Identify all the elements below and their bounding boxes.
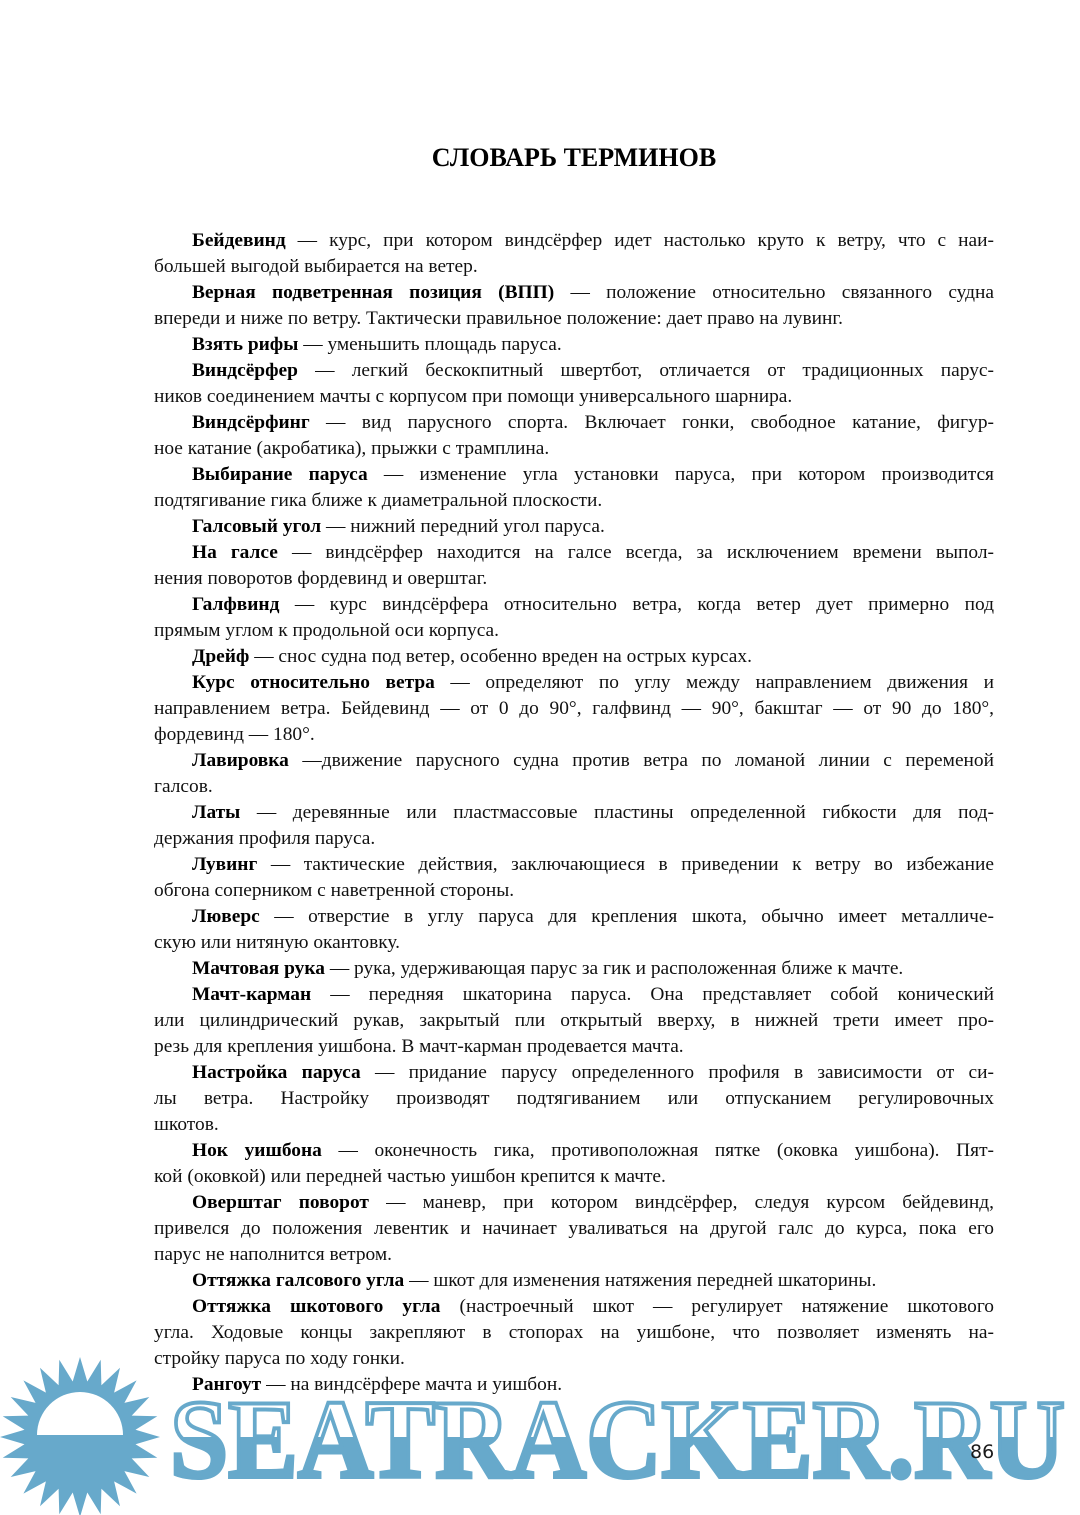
glossary-definition: стройку паруса по ходу гонки. [154,1348,405,1369]
glossary-definition: — вид парусного спорта. Включает гонки, … [326,412,994,433]
glossary-entry: Курс относительно ветра — определяют по … [154,670,994,748]
page-number: 86 [970,1440,994,1464]
glossary-entry: На галсе — виндсёрфер находится на галсе… [154,540,994,592]
glossary-list: Бейдевинд — курс, при котором виндсёрфер… [154,228,994,1398]
glossary-term: Дрейф [192,646,249,667]
glossary-entry: Галфвинд — курс виндсёрфера относительно… [154,592,994,644]
glossary-entry: Оттяжка галсового угла — шкот для измене… [154,1268,994,1294]
glossary-definition: шкотов. [154,1114,219,1135]
glossary-entry: Дрейф — снос судна под ветер, особенно в… [154,644,994,670]
glossary-definition: — курс виндсёрфера относительно ветра, к… [295,594,994,615]
glossary-definition: — тактические действия, заключающиеся в … [271,854,994,875]
glossary-entry: Взять рифы — уменьшить площадь паруса. [154,332,994,358]
glossary-definition: — шкот для изменения натяжения передней … [409,1270,876,1291]
glossary-definition: обгона соперником с наветренной стороны. [154,880,514,901]
glossary-entry: Оттяжка шкотового угла (настроечный шкот… [154,1294,994,1372]
glossary-definition: или цилиндрический рукав, закрытый пли о… [154,1010,994,1031]
glossary-term: Виндсёрфинг [192,412,310,433]
glossary-term: Выбирание паруса [192,464,368,485]
glossary-definition: фордевинд — 180°. [154,724,315,745]
glossary-definition: — определяют по углу между направлением … [450,672,994,693]
glossary-term: Бейдевинд [192,230,286,251]
glossary-entry: Виндсёрфинг — вид парусного спорта. Вклю… [154,410,994,462]
glossary-definition: — курс, при котором виндсёрфер идет наст… [298,230,994,251]
glossary-definition: — маневр, при котором виндсёрфер, следуя… [386,1192,994,1213]
glossary-definition: резь для крепления уишбона. В мачт-карма… [154,1036,684,1057]
glossary-definition: лы ветра. Настройку производят подтягива… [154,1088,994,1109]
glossary-definition: — передняя шкаторина паруса. Она предста… [330,984,994,1005]
glossary-definition: впереди и ниже по ветру. Тактически прав… [154,308,843,329]
glossary-definition: — виндсёрфер находится на галсе всегда, … [292,542,994,563]
glossary-definition: парус не наполнится ветром. [154,1244,392,1265]
glossary-definition: — придание парусу определенного профиля … [375,1062,994,1083]
glossary-entry: Латы — деревянные или пластмассовые плас… [154,800,994,852]
glossary-definition: — рука, удерживающая парус за гик и расп… [330,958,903,979]
glossary-entry: Галсовый угол — нижний передний угол пар… [154,514,994,540]
sun-logo-icon [0,1357,160,1515]
glossary-term: Взять рифы [192,334,298,355]
glossary-term: На галсе [192,542,278,563]
glossary-definition: ное катание (акробатика), прыжки с трамп… [154,438,549,459]
glossary-definition: кой (оковкой) или передней частью уишбон… [154,1166,666,1187]
glossary-term: Галфвинд [192,594,279,615]
glossary-definition: держания профиля паруса. [154,828,375,849]
glossary-definition: — на виндсёрфере мачта и уишбон. [266,1374,562,1395]
glossary-definition: привелся до положения левентик и начинае… [154,1218,994,1239]
glossary-entry: Лавировка —движение парусного судна прот… [154,748,994,800]
glossary-definition: —движение парусного судна против ветра п… [302,750,994,771]
glossary-term: Курс относительно ветра [192,672,435,693]
glossary-term: Лувинг [192,854,257,875]
glossary-definition: — положение относительно связанного судн… [570,282,994,303]
glossary-term: Виндсёрфер [192,360,298,381]
glossary-term: Лавировка [192,750,289,771]
glossary-term: Мачтовая рука [192,958,325,979]
glossary-definition: (настроечный шкот — регулирует натяжение… [460,1296,994,1317]
glossary-entry: Рангоут — на виндсёрфере мачта и уишбон. [154,1372,994,1398]
glossary-definition: скую или нитяную окантовку. [154,932,400,953]
glossary-entry: Настройка паруса — придание парусу опред… [154,1060,994,1138]
glossary-definition: — деревянные или пластмассовые пластины … [257,802,994,823]
glossary-entry: Оверштаг поворот — маневр, при котором в… [154,1190,994,1268]
glossary-term: Мачт-карман [192,984,311,1005]
glossary-definition: — нижний передний угол паруса. [326,516,605,537]
glossary-definition: направлением ветра. Бейдевинд — от 0 до … [154,698,994,719]
glossary-term: Галсовый угол [192,516,321,537]
glossary-entry: Нок уишбона — оконечность гика, противоп… [154,1138,994,1190]
glossary-definition: прямым углом к продольной оси корпуса. [154,620,499,641]
glossary-definition: — легкий бескокпитный швертбот, отличает… [315,360,994,381]
glossary-entry: Мачтовая рука — рука, удерживающая парус… [154,956,994,982]
glossary-entry: Верная подветренная позиция (ВПП) — поло… [154,280,994,332]
glossary-entry: Лувинг — тактические действия, заключающ… [154,852,994,904]
glossary-term: Нок уишбона [192,1140,322,1161]
glossary-term: Люверс [192,906,260,927]
glossary-entry: Бейдевинд — курс, при котором виндсёрфер… [154,228,994,280]
glossary-definition: галсов. [154,776,213,797]
glossary-entry: Люверс — отверстие в углу паруса для кре… [154,904,994,956]
glossary-definition: нения поворотов фордевинд и оверштаг. [154,568,487,589]
glossary-definition: — оконечность гика, противоположная пятк… [338,1140,994,1161]
glossary-definition: — уменьшить площадь паруса. [303,334,562,355]
glossary-term: Латы [192,802,240,823]
glossary-term: Оттяжка шкотового угла [192,1296,440,1317]
glossary-definition: — изменение угла установки паруса, при к… [384,464,994,485]
glossary-term: Верная подветренная позиция (ВПП) [192,282,554,303]
glossary-term: Настройка паруса [192,1062,361,1083]
glossary-definition: угла. Ходовые концы закрепляют в стопора… [154,1322,994,1343]
page-title: СЛОВАРЬ ТЕРМИНОВ [154,142,994,174]
document-page: СЛОВАРЬ ТЕРМИНОВ Бейдевинд — курс, при к… [0,0,1080,1515]
glossary-term: Оттяжка галсового угла [192,1270,404,1291]
glossary-entry: Мачт-карман — передняя шкаторина паруса.… [154,982,994,1060]
glossary-entry: Выбирание паруса — изменение угла устано… [154,462,994,514]
glossary-definition: — отверстие в углу паруса для крепления … [274,906,994,927]
glossary-entry: Виндсёрфер — легкий бескокпитный швертбо… [154,358,994,410]
glossary-term: Рангоут [192,1374,261,1395]
glossary-term: Оверштаг поворот [192,1192,369,1213]
glossary-definition: — снос судна под ветер, особенно вреден … [254,646,752,667]
glossary-definition: подтягивание гика ближе к диаметральной … [154,490,602,511]
glossary-definition: большей выгодой выбирается на ветер. [154,256,478,277]
glossary-definition: ников соединением мачты с корпусом при п… [154,386,792,407]
